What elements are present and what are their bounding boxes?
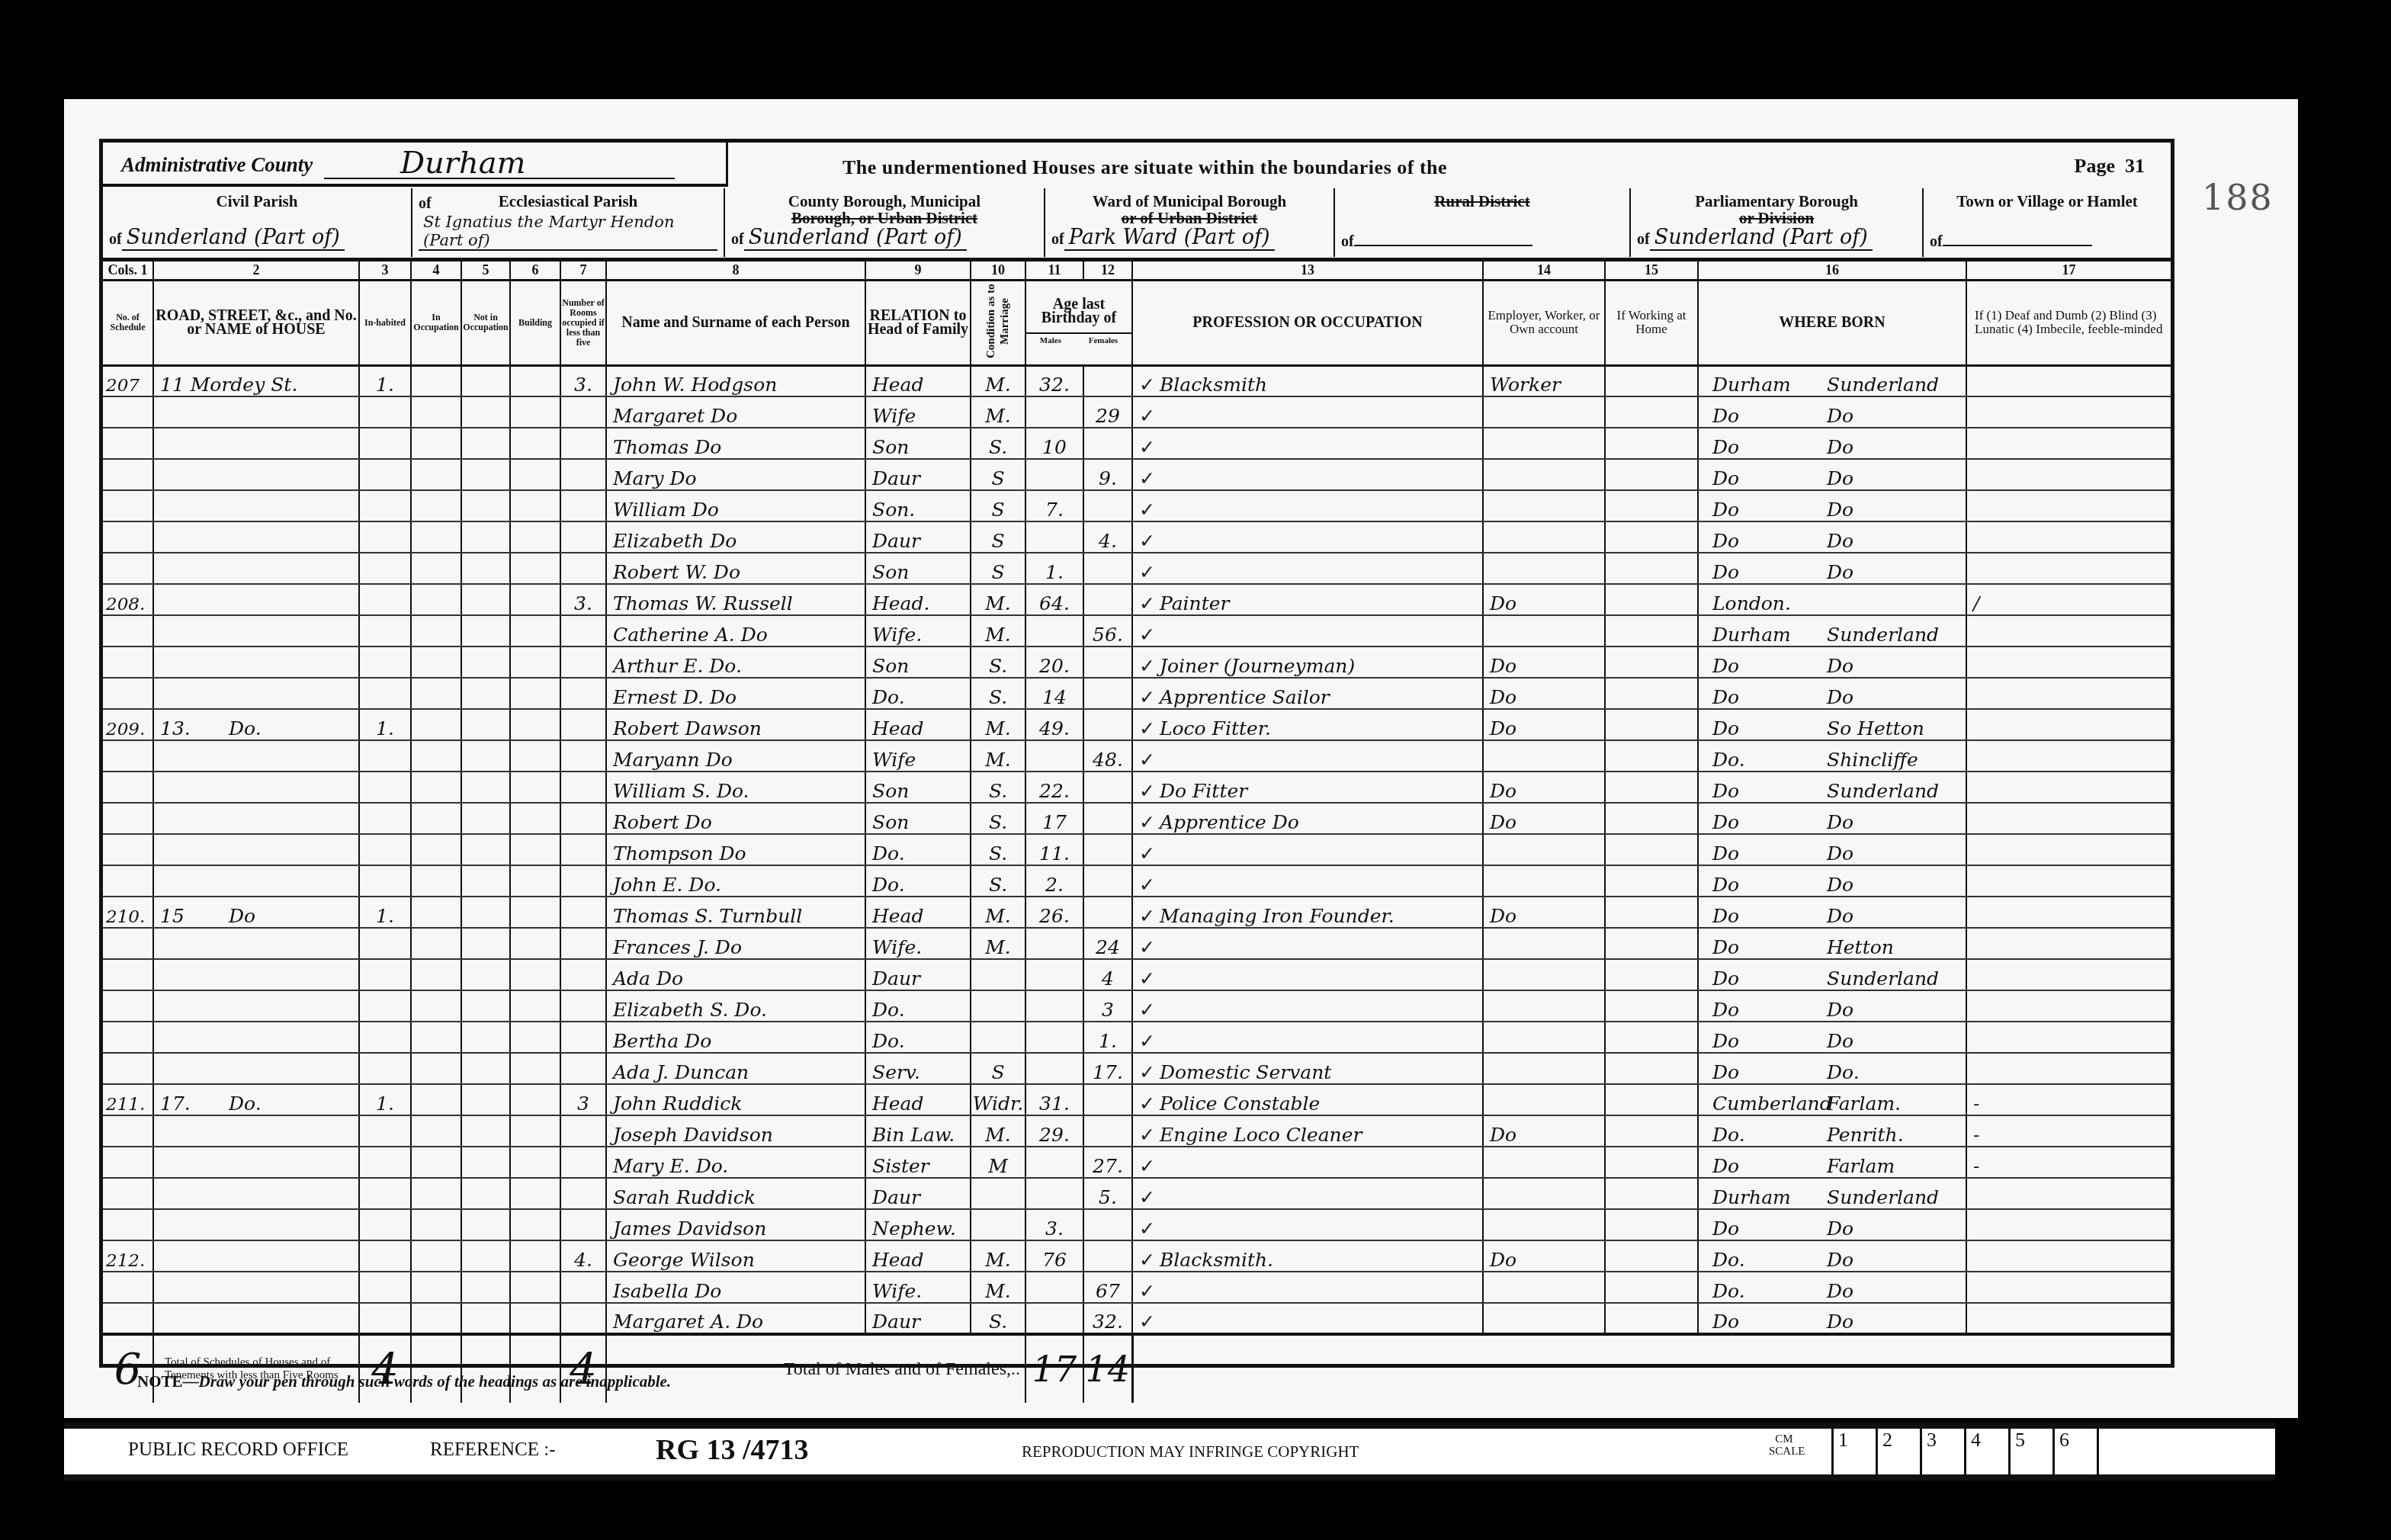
check-mark-icon: ✓	[1139, 405, 1160, 427]
road-address	[153, 521, 359, 553]
uninhabited-not-in-occupation	[461, 428, 510, 459]
birth-place: Do	[1827, 655, 1853, 677]
inhabited-count	[359, 1147, 411, 1178]
inhabited-count: 1.	[359, 365, 411, 396]
relation-to-head: Son.	[865, 490, 971, 521]
birth-place: Do.	[1827, 1061, 1860, 1083]
person-name: Bertha Do	[606, 1022, 865, 1053]
col-num: 3	[359, 261, 411, 280]
schedule-number	[103, 1303, 153, 1334]
inhabited-count	[359, 1115, 411, 1147]
birth-county: Do	[1705, 717, 1827, 740]
col-num: 11	[1025, 261, 1083, 280]
census-form: Administrative County Durham The underme…	[99, 139, 2174, 1368]
uninhabited-in-occupation	[411, 1272, 461, 1303]
birth-place: Sunderland	[1827, 967, 1939, 990]
employment-status	[1483, 1178, 1605, 1209]
person-name: William S. Do.	[606, 772, 865, 803]
check-mark-icon: ✓	[1139, 374, 1160, 396]
birth-county: Do	[1705, 436, 1827, 458]
marital-condition: S.	[971, 678, 1025, 709]
uninhabited-not-in-occupation	[461, 459, 510, 490]
marital-condition: M.	[971, 396, 1025, 428]
relation-to-head: Daur	[865, 959, 971, 990]
male-age: 76	[1025, 1240, 1083, 1272]
infirmity: -	[1966, 1084, 2171, 1115]
uninhabited-not-in-occupation	[461, 365, 510, 396]
uninhabited-in-occupation	[411, 959, 461, 990]
birthplace: DoSunderland	[1698, 772, 1966, 803]
infirmity	[1966, 646, 2171, 678]
birthplace: Do.Do	[1698, 1240, 1966, 1272]
working-at-home	[1605, 772, 1698, 803]
working-at-home	[1605, 865, 1698, 897]
check-mark-icon: ✓	[1139, 467, 1160, 489]
male-age: 14	[1025, 678, 1083, 709]
uninhabited-not-in-occupation	[461, 1272, 510, 1303]
col-num: 12	[1083, 261, 1132, 280]
inhabited-count	[359, 490, 411, 521]
building	[510, 1053, 560, 1084]
check-mark-icon: ✓	[1139, 1124, 1160, 1146]
uninhabited-in-occupation	[411, 521, 461, 553]
birth-county: Do	[1705, 1218, 1827, 1240]
occupation: ✓	[1132, 928, 1483, 959]
marital-condition: M.	[971, 584, 1025, 615]
schedule-number	[103, 459, 153, 490]
rooms-count	[560, 928, 606, 959]
col-num: 16	[1698, 261, 1966, 280]
birth-place: Do	[1827, 499, 1853, 521]
marital-condition: M.	[971, 897, 1025, 928]
relation-to-head: Head	[865, 1240, 971, 1272]
uninhabited-not-in-occupation	[461, 615, 510, 646]
marital-condition: M.	[971, 365, 1025, 396]
total-females: 14	[1083, 1334, 1132, 1403]
birth-county: Do.	[1705, 1249, 1827, 1271]
schedule-number	[103, 1209, 153, 1240]
schedule-number	[103, 1115, 153, 1147]
person-name: Maryann Do	[606, 740, 865, 772]
schedule-number	[103, 865, 153, 897]
inhabited-count	[359, 459, 411, 490]
occupation-text: Loco Fitter.	[1160, 717, 1271, 740]
birth-place: Do	[1827, 905, 1853, 927]
building	[510, 740, 560, 772]
building	[510, 521, 560, 553]
birth-county: Do	[1705, 655, 1827, 677]
marital-condition: S	[971, 1053, 1025, 1084]
table-row: Bertha DoDo.1.✓DoDo	[103, 1022, 2171, 1053]
building	[510, 1240, 560, 1272]
person-name: Arthur E. Do.	[606, 646, 865, 678]
road-address	[153, 928, 359, 959]
infirmity	[1966, 1022, 2171, 1053]
birthplace: Do.Shincliffe	[1698, 740, 1966, 772]
schedule-number	[103, 1022, 153, 1053]
person-name: Ada J. Duncan	[606, 1053, 865, 1084]
check-mark-icon: ✓	[1139, 999, 1160, 1021]
rooms-count	[560, 490, 606, 521]
column-header-row: No. of Schedule ROAD, STREET, &c., and N…	[103, 280, 2171, 365]
male-age	[1025, 1272, 1083, 1303]
building	[510, 678, 560, 709]
inhabited-count	[359, 646, 411, 678]
marital-condition: S.	[971, 834, 1025, 865]
rooms-count	[560, 1147, 606, 1178]
occupation: ✓Engine Loco Cleaner	[1132, 1115, 1483, 1147]
female-age	[1083, 865, 1132, 897]
infirmity	[1966, 709, 2171, 740]
employment-status	[1483, 1209, 1605, 1240]
birth-place: Do	[1827, 530, 1853, 552]
building	[510, 772, 560, 803]
uninhabited-in-occupation	[411, 1209, 461, 1240]
infirmity	[1966, 428, 2171, 459]
uninhabited-not-in-occupation	[461, 1084, 510, 1115]
uninhabited-not-in-occupation	[461, 521, 510, 553]
building	[510, 1209, 560, 1240]
table-row: Ernest D. DoDo.S.14✓Apprentice SailorDoD…	[103, 678, 2171, 709]
birth-county: London.	[1705, 592, 1827, 614]
table-row: Ada J. DuncanServ.S17.✓Domestic ServantD…	[103, 1053, 2171, 1084]
page-number: Page 31	[2075, 155, 2145, 178]
female-age: 67	[1083, 1272, 1132, 1303]
marital-condition: M.	[971, 1272, 1025, 1303]
check-mark-icon: ✓	[1139, 1092, 1160, 1115]
marital-condition: S.	[971, 1303, 1025, 1334]
birth-county: Do	[1705, 405, 1827, 427]
area-rural-district: Rural District of	[1335, 188, 1631, 257]
rooms-count	[560, 990, 606, 1022]
birth-place: Do	[1827, 1280, 1853, 1302]
employment-status	[1483, 459, 1605, 490]
uninhabited-in-occupation	[411, 396, 461, 428]
building	[510, 834, 560, 865]
scale-mark: 4	[1964, 1429, 2008, 1474]
female-age	[1083, 553, 1132, 584]
marital-condition: S.	[971, 803, 1025, 834]
birthplace: Do.Do	[1698, 1272, 1966, 1303]
employment-status	[1483, 1022, 1605, 1053]
birth-place: Do	[1827, 999, 1853, 1021]
col-num: 9	[865, 261, 971, 280]
person-name: Joseph Davidson	[606, 1115, 865, 1147]
occupation: ✓	[1132, 1209, 1483, 1240]
birthplace: DoDo	[1698, 834, 1966, 865]
occupation: ✓	[1132, 834, 1483, 865]
relation-to-head: Nephew.	[865, 1209, 971, 1240]
birth-place: Sunderland	[1827, 1186, 1939, 1208]
area-parliamentary-borough: Parliamentary Borough or Division ofSund…	[1631, 188, 1924, 257]
working-at-home	[1605, 584, 1698, 615]
house-number: 11 Mordey St.	[160, 374, 297, 396]
inhabited-count: 1.	[359, 897, 411, 928]
relation-to-head: Wife.	[865, 615, 971, 646]
uninhabited-in-occupation	[411, 365, 461, 396]
inhabited-count: 1.	[359, 1084, 411, 1115]
uninhabited-in-occupation	[411, 740, 461, 772]
infirmity	[1966, 897, 2171, 928]
rooms-count: 4.	[560, 1240, 606, 1272]
relation-to-head: Do.	[865, 865, 971, 897]
uninhabited-in-occupation	[411, 678, 461, 709]
birthplace: DoHetton	[1698, 928, 1966, 959]
uninhabited-not-in-occupation	[461, 490, 510, 521]
schedule-number: 211.	[103, 1084, 153, 1115]
person-name: Catherine A. Do	[606, 615, 865, 646]
birth-county: Do	[1705, 561, 1827, 583]
female-age: 24	[1083, 928, 1132, 959]
birth-county: Do.	[1705, 749, 1827, 771]
person-name: Robert Dawson	[606, 709, 865, 740]
uninhabited-in-occupation	[411, 490, 461, 521]
marital-condition	[971, 959, 1025, 990]
inhabited-count	[359, 428, 411, 459]
male-age: 64.	[1025, 584, 1083, 615]
employment-status	[1483, 490, 1605, 521]
birth-county: Do	[1705, 811, 1827, 833]
employment-status: Do	[1483, 678, 1605, 709]
header-name: Name and Surname of each Person	[606, 280, 865, 365]
person-name: Mary E. Do.	[606, 1147, 865, 1178]
table-row: 20711 Mordey St.1.3.John W. HodgsonHeadM…	[103, 365, 2171, 396]
birth-place: Sunderland	[1827, 624, 1939, 646]
inhabited-count: 1.	[359, 709, 411, 740]
header-inhabited: In-habited	[359, 280, 411, 365]
check-mark-icon: ✓	[1139, 1311, 1160, 1333]
road-address	[153, 1272, 359, 1303]
person-name: Ernest D. Do	[606, 678, 865, 709]
employment-status	[1483, 1084, 1605, 1115]
col-num: 10	[971, 261, 1025, 280]
birth-place: Sunderland	[1827, 780, 1939, 802]
occupation-text: Managing Iron Founder.	[1160, 905, 1394, 927]
header-occupation: PROFESSION OR OCCUPATION	[1132, 280, 1483, 365]
uninhabited-in-occupation	[411, 928, 461, 959]
birth-place: Farlam.	[1827, 1092, 1901, 1115]
female-age	[1083, 1209, 1132, 1240]
uninhabited-in-occupation	[411, 1147, 461, 1178]
uninhabited-in-occupation	[411, 834, 461, 865]
rooms-count	[560, 865, 606, 897]
total-males: 17	[1025, 1334, 1083, 1403]
check-mark-icon: ✓	[1139, 811, 1160, 833]
table-row: 209.13.Do.1.Robert DawsonHeadM.49.✓Loco …	[103, 709, 2171, 740]
header-infirmities: If (1) Deaf and Dumb (2) Blind (3) Lunat…	[1966, 280, 2171, 365]
birthplace: DoFarlam	[1698, 1147, 1966, 1178]
col-num: 5	[461, 261, 510, 280]
schedule-number: 209.	[103, 709, 153, 740]
working-at-home	[1605, 928, 1698, 959]
uninhabited-in-occupation	[411, 1084, 461, 1115]
infirmity	[1966, 1209, 2171, 1240]
relation-to-head: Do.	[865, 678, 971, 709]
employment-status	[1483, 615, 1605, 646]
occupation-text: Blacksmith.	[1160, 1249, 1273, 1271]
working-at-home	[1605, 709, 1698, 740]
infirmity	[1966, 740, 2171, 772]
inhabited-count	[359, 553, 411, 584]
table-row: William S. Do.SonS.22.✓Do FitterDoDoSund…	[103, 772, 2171, 803]
infirmity	[1966, 834, 2171, 865]
birthplace: DoDo	[1698, 459, 1966, 490]
birth-place: Do	[1827, 561, 1853, 583]
uninhabited-in-occupation	[411, 646, 461, 678]
rooms-count	[560, 1303, 606, 1334]
birth-county: Do	[1705, 1030, 1827, 1052]
form-note: NOTE—Draw your pen through such words of…	[137, 1372, 671, 1391]
marital-condition: Widr.	[971, 1084, 1025, 1115]
male-age: 17	[1025, 803, 1083, 834]
column-number-row: Cols. 1 2 3 4 5 6 7 8 9 10 11 12 13 14 1…	[103, 261, 2171, 280]
male-age: 20.	[1025, 646, 1083, 678]
infirmity	[1966, 1240, 2171, 1272]
female-age	[1083, 803, 1132, 834]
relation-to-head: Sister	[865, 1147, 971, 1178]
birth-county: Durham	[1705, 624, 1827, 646]
person-name: Isabella Do	[606, 1272, 865, 1303]
schedule-number	[103, 1178, 153, 1209]
occupation: ✓	[1132, 865, 1483, 897]
road-address	[153, 1240, 359, 1272]
employment-status	[1483, 834, 1605, 865]
female-age: 4	[1083, 959, 1132, 990]
female-age: 27.	[1083, 1147, 1132, 1178]
birth-county: Do	[1705, 1311, 1827, 1333]
col-num: 6	[510, 261, 560, 280]
occupation: ✓	[1132, 740, 1483, 772]
infirmity	[1966, 365, 2171, 396]
infirmity	[1966, 615, 2171, 646]
schedule-number	[103, 1053, 153, 1084]
road-address	[153, 1147, 359, 1178]
uninhabited-in-occupation	[411, 772, 461, 803]
inhabited-count	[359, 959, 411, 990]
road-address	[153, 584, 359, 615]
schedule-number	[103, 928, 153, 959]
total-rooms: 4	[560, 1334, 606, 1403]
occupation: ✓	[1132, 490, 1483, 521]
area-town-village: Town or Village or Hamlet of	[1924, 188, 2171, 257]
road-address: 11 Mordey St.	[153, 365, 359, 396]
male-age	[1025, 521, 1083, 553]
person-name: Thomas S. Turnbull	[606, 897, 865, 928]
infirmity: -	[1966, 1115, 2171, 1147]
schedule-number	[103, 1147, 153, 1178]
male-age: 11.	[1025, 834, 1083, 865]
birth-place: Do	[1827, 436, 1853, 458]
birthplace: DoDo	[1698, 803, 1966, 834]
schedule-number: 207	[103, 365, 153, 396]
birth-place: Do	[1827, 842, 1853, 865]
rooms-count: 3.	[560, 365, 606, 396]
occupation: ✓Apprentice Do	[1132, 803, 1483, 834]
employment-status: Do	[1483, 803, 1605, 834]
check-mark-icon: ✓	[1139, 624, 1160, 646]
occupation: ✓	[1132, 428, 1483, 459]
female-age	[1083, 1240, 1132, 1272]
rooms-count	[560, 740, 606, 772]
female-age	[1083, 709, 1132, 740]
building	[510, 990, 560, 1022]
marital-condition: M.	[971, 1240, 1025, 1272]
schedule-number	[103, 521, 153, 553]
female-age	[1083, 584, 1132, 615]
table-row: Catherine A. DoWife.M.56.✓DurhamSunderla…	[103, 615, 2171, 646]
header-age: Age last Birthday of MalesFemales	[1025, 280, 1132, 365]
rooms-count	[560, 772, 606, 803]
rooms-count	[560, 1022, 606, 1053]
check-mark-icon: ✓	[1139, 1186, 1160, 1208]
inhabited-count	[359, 1022, 411, 1053]
header-rooms: Number of Rooms occupied if less than fi…	[560, 280, 606, 365]
female-age	[1083, 490, 1132, 521]
birthplace: DoDo	[1698, 428, 1966, 459]
birth-county: Do	[1705, 530, 1827, 552]
infirmity	[1966, 1178, 2171, 1209]
inhabited-count	[359, 865, 411, 897]
building	[510, 709, 560, 740]
birth-place: Do	[1827, 467, 1853, 489]
table-row: James DavidsonNephew.3.✓DoDo	[103, 1209, 2171, 1240]
marital-condition	[971, 1178, 1025, 1209]
building	[510, 897, 560, 928]
road-address	[153, 646, 359, 678]
person-name: John Ruddick	[606, 1084, 865, 1115]
infirmity	[1966, 396, 2171, 428]
check-mark-icon: ✓	[1139, 1249, 1160, 1271]
working-at-home	[1605, 1209, 1698, 1240]
rooms-count: 3	[560, 1084, 606, 1115]
infirmity	[1966, 1272, 2171, 1303]
birth-place: Do	[1827, 811, 1853, 833]
road-address	[153, 803, 359, 834]
employment-status	[1483, 865, 1605, 897]
schedule-number	[103, 428, 153, 459]
inhabited-count	[359, 928, 411, 959]
inhabited-count	[359, 990, 411, 1022]
cm-scale: 1 2 3 4 5 6	[1831, 1429, 2164, 1474]
check-mark-icon: ✓	[1139, 874, 1160, 896]
check-mark-icon: ✓	[1139, 686, 1160, 708]
relation-to-head: Head	[865, 1084, 971, 1115]
marital-condition: M.	[971, 740, 1025, 772]
table-row: Margaret DoWifeM.29✓DoDo	[103, 396, 2171, 428]
road-address	[153, 1178, 359, 1209]
relation-to-head: Do.	[865, 1022, 971, 1053]
table-row: John E. Do.Do.S.2.✓DoDo	[103, 865, 2171, 897]
occupation: ✓Managing Iron Founder.	[1132, 897, 1483, 928]
rooms-count	[560, 959, 606, 990]
male-age	[1025, 1022, 1083, 1053]
rooms-count	[560, 459, 606, 490]
col-num: 7	[560, 261, 606, 280]
inhabited-count	[359, 834, 411, 865]
total-schedules: 6	[103, 1334, 153, 1403]
occupation: ✓Joiner (Journeyman)	[1132, 646, 1483, 678]
male-age	[1025, 1178, 1083, 1209]
employment-status	[1483, 928, 1605, 959]
birthplace: DurhamSunderland	[1698, 365, 1966, 396]
occupation: ✓	[1132, 396, 1483, 428]
birth-place: Do	[1827, 1311, 1853, 1333]
marital-condition	[971, 1209, 1025, 1240]
street-ditto: Do.	[229, 1092, 262, 1115]
birth-county: Durham	[1705, 374, 1827, 396]
table-row: Isabella DoWife.M.67✓Do.Do	[103, 1272, 2171, 1303]
rooms-count	[560, 834, 606, 865]
